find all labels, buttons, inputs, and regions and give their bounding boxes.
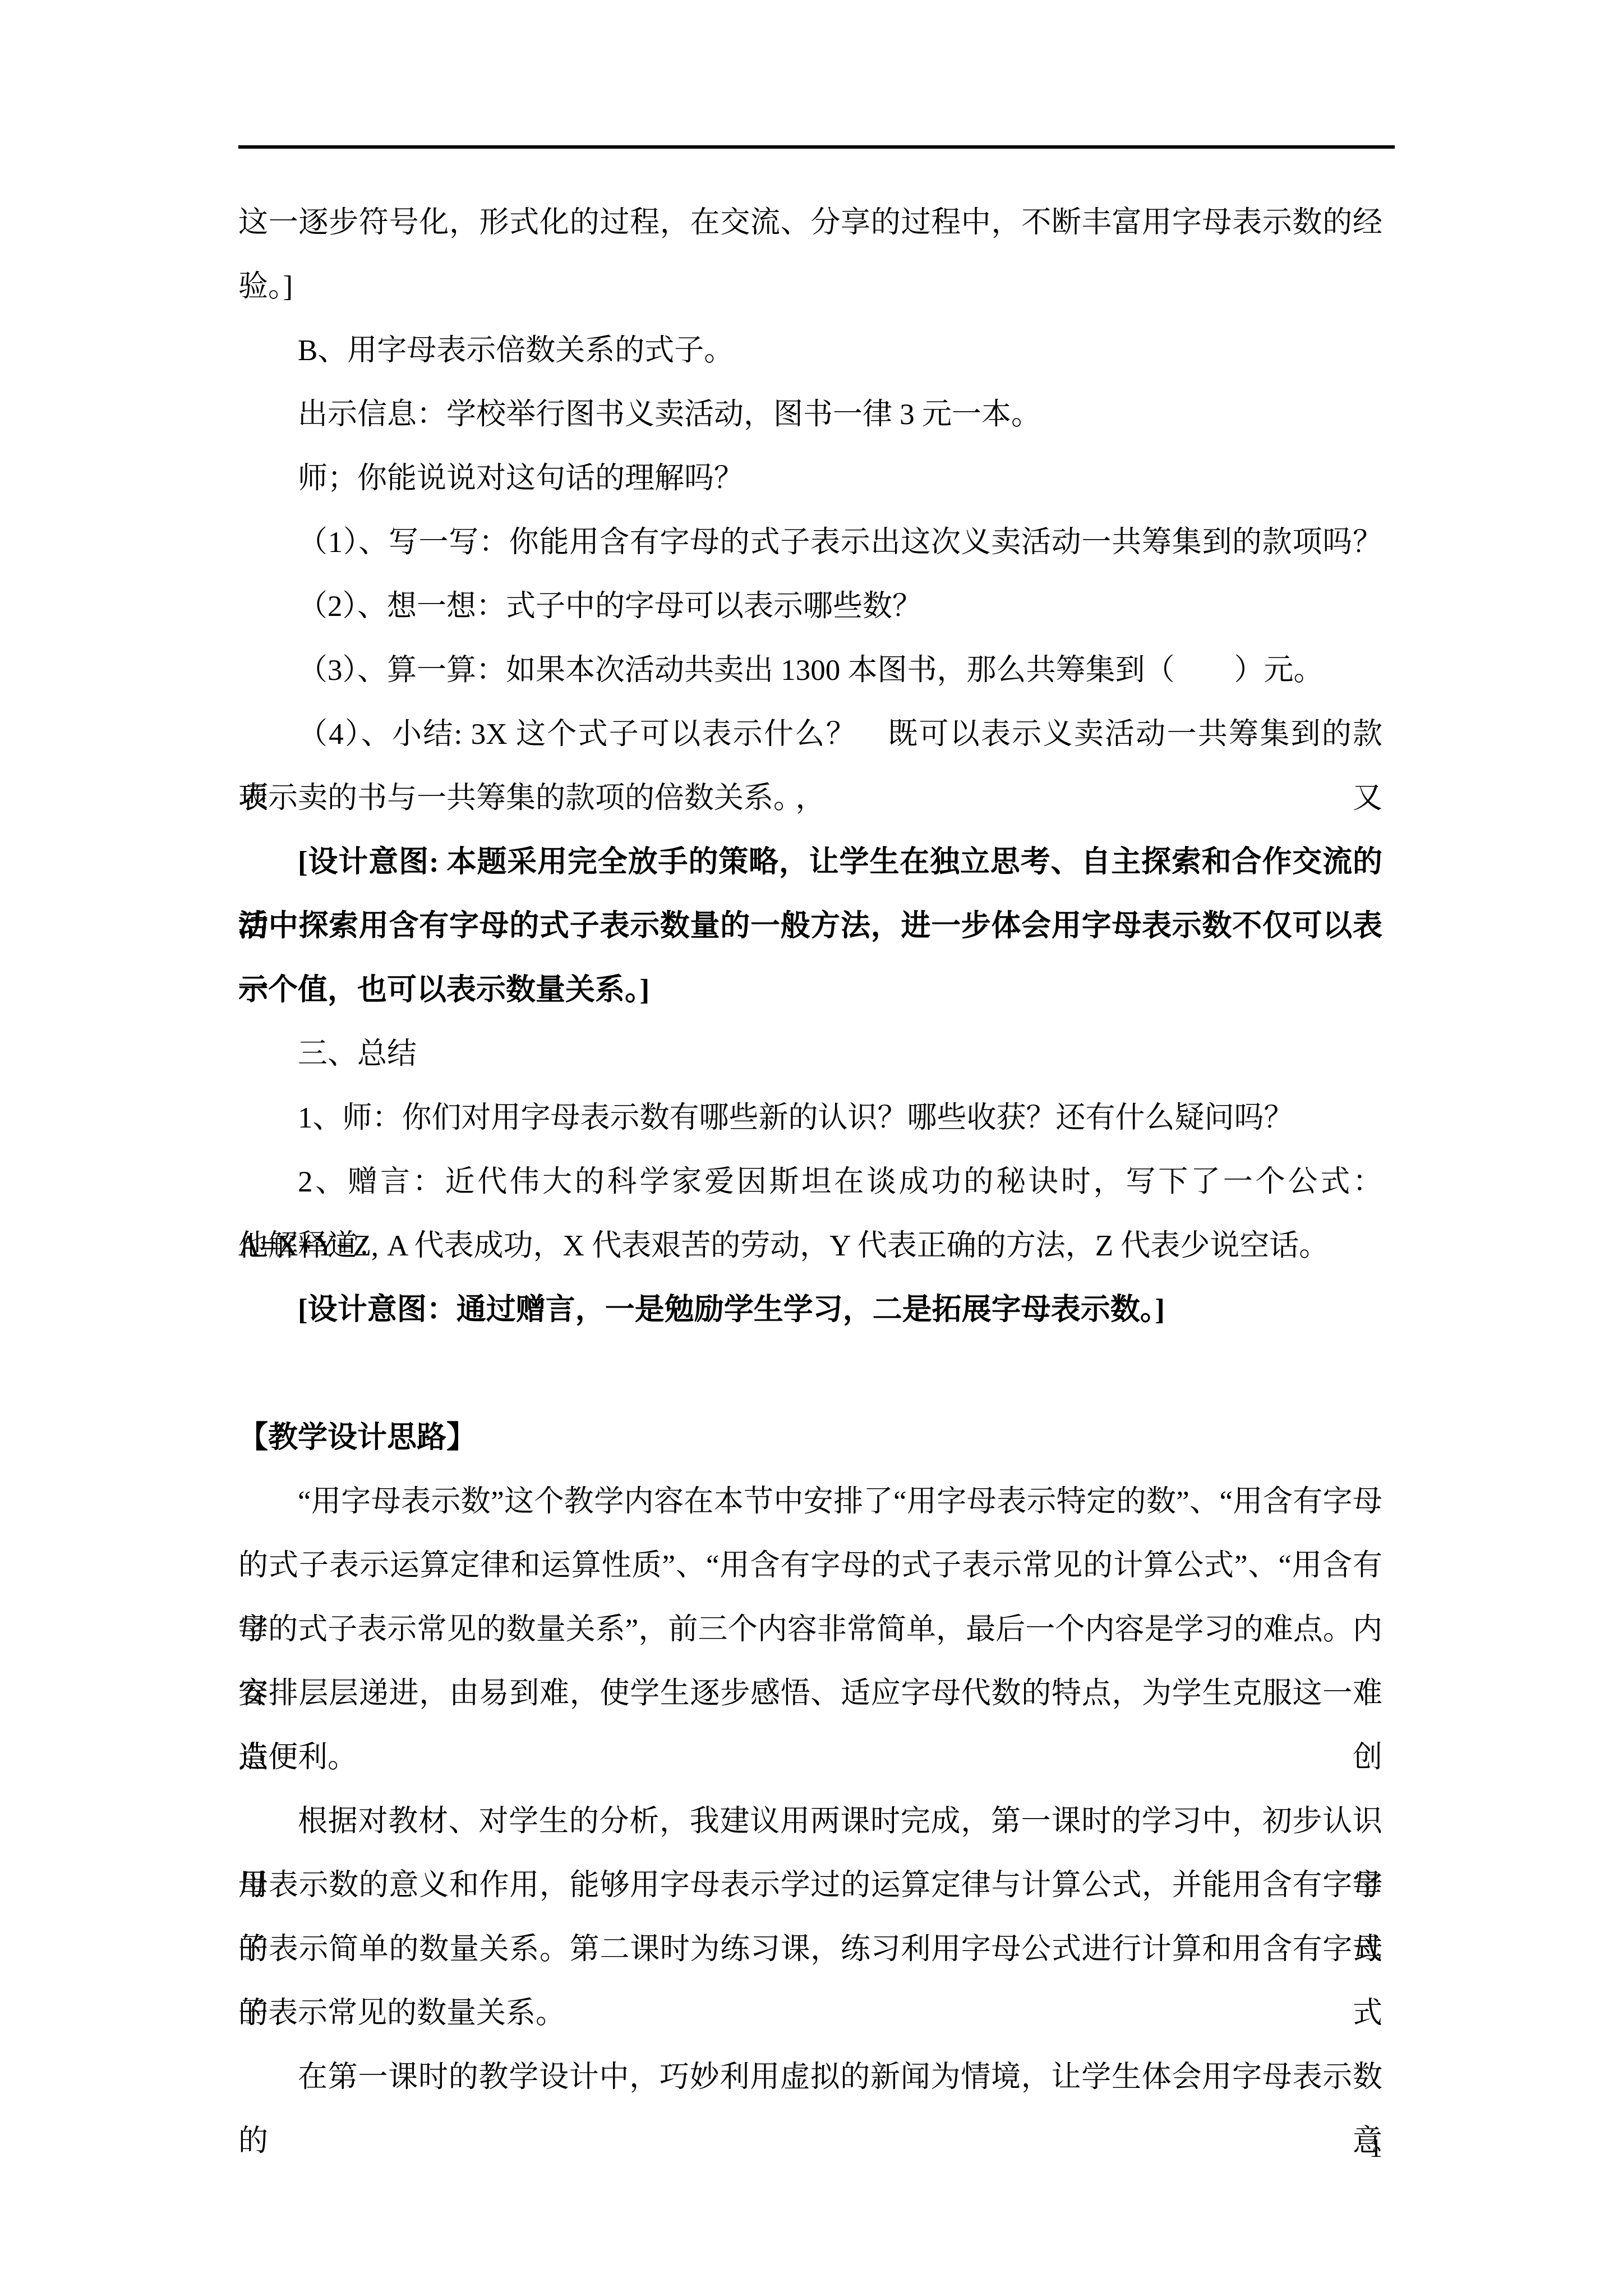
section-heading: 【教学设计思路】 <box>238 1406 1382 1470</box>
text-line: 母表示数的意义和作用，能够用字母表示学过的运算定律与计算公式，并能用含有字母的式 <box>238 1853 1382 1917</box>
text-line: 出示信息：学校举行图书义卖活动，图书一律 3 元一本。 <box>238 383 1382 447</box>
design-intent-line: [设计意图: 本题采用完全放手的策略，让学生在独立思考、自主探索和合作交流的活 <box>238 830 1382 894</box>
text-line: 的式子表示运算定律和运算性质”、“用含有字母的式子表示常见的计算公式”、“用含有… <box>238 1534 1382 1598</box>
design-intent-line: 动中探索用含有字母的式子表示数量的一般方法，进一步体会用字母表示数不仅可以表示 <box>238 894 1382 958</box>
text-line: 这一逐步符号化，形式化的过程，在交流、分享的过程中，不断丰富用字母表示数的经 <box>238 191 1382 255</box>
text-line: 母的式子表示常见的数量关系”，前三个内容非常简单，最后一个内容是学习的难点。内容 <box>238 1598 1382 1662</box>
page-number: 1 <box>238 2132 1382 2165</box>
blank-line <box>238 1342 1382 1406</box>
text-line: （4）、小结: 3X 这个式子可以表示什么？ 既可以表示义卖活动一共筹集到的款项… <box>238 702 1382 766</box>
text-line: 师；你能说说对这句话的理解吗？ <box>238 447 1382 510</box>
document-body: 这一逐步符号化，形式化的过程，在交流、分享的过程中，不断丰富用字母表示数的经 验… <box>238 191 1382 2109</box>
design-intent-line: 一个值，也可以表示数量关系。] <box>238 958 1382 1022</box>
text-line: 他解释道：A 代表成功，X 代表艰苦的劳动，Y 代表正确的方法，Z 代表少说空话… <box>238 1214 1382 1278</box>
text-line: 2、赠言：近代伟大的科学家爱因斯坦在谈成功的秘诀时，写下了一个公式：A=X+Y+… <box>238 1150 1382 1214</box>
document-page: 这一逐步符号化，形式化的过程，在交流、分享的过程中，不断丰富用字母表示数的经 验… <box>0 0 1623 2296</box>
text-line: 1、师：你们对用字母表示数有哪些新的认识？哪些收获？还有什么疑问吗？ <box>238 1086 1382 1150</box>
design-intent-line: [设计意图：通过赠言，一是勉励学生学习，二是拓展字母表示数。] <box>238 1278 1382 1342</box>
text-line: 三、总结 <box>238 1022 1382 1086</box>
text-line: 根据对教材、对学生的分析，我建议用两课时完成，第一课时的学习中，初步认识用字 <box>238 1789 1382 1853</box>
text-line: 在第一课时的教学设计中，巧妙利用虚拟的新闻为情境，让学生体会用字母表示数的意 <box>238 2045 1382 2109</box>
text-line: 安排层层递进，由易到难，使学生逐步感悟、适应字母代数的特点，为学生克服这一难点创 <box>238 1662 1382 1726</box>
text-line: “用字母表示数”这个教学内容在本节中安排了“用字母表示特定的数”、“用含有字母 <box>238 1470 1382 1534</box>
text-line: 验。] <box>238 255 1382 319</box>
header-separator-line <box>238 145 1395 149</box>
text-line: （2）、想一想：式子中的字母可以表示哪些数？ <box>238 574 1382 638</box>
text-line: 子表示简单的数量关系。第二课时为练习课，练习利用字母公式进行计算和用含有字母的式 <box>238 1917 1382 1981</box>
text-line: （3）、算一算：如果本次活动共卖出 1300 本图书，那么共筹集到（ ）元。 <box>238 638 1382 702</box>
text-line: B、用字母表示倍数关系的式子。 <box>238 319 1382 383</box>
text-line: （1）、写一写：你能用含有字母的式子表示出这次义卖活动一共筹集到的款项吗？ <box>238 510 1382 574</box>
